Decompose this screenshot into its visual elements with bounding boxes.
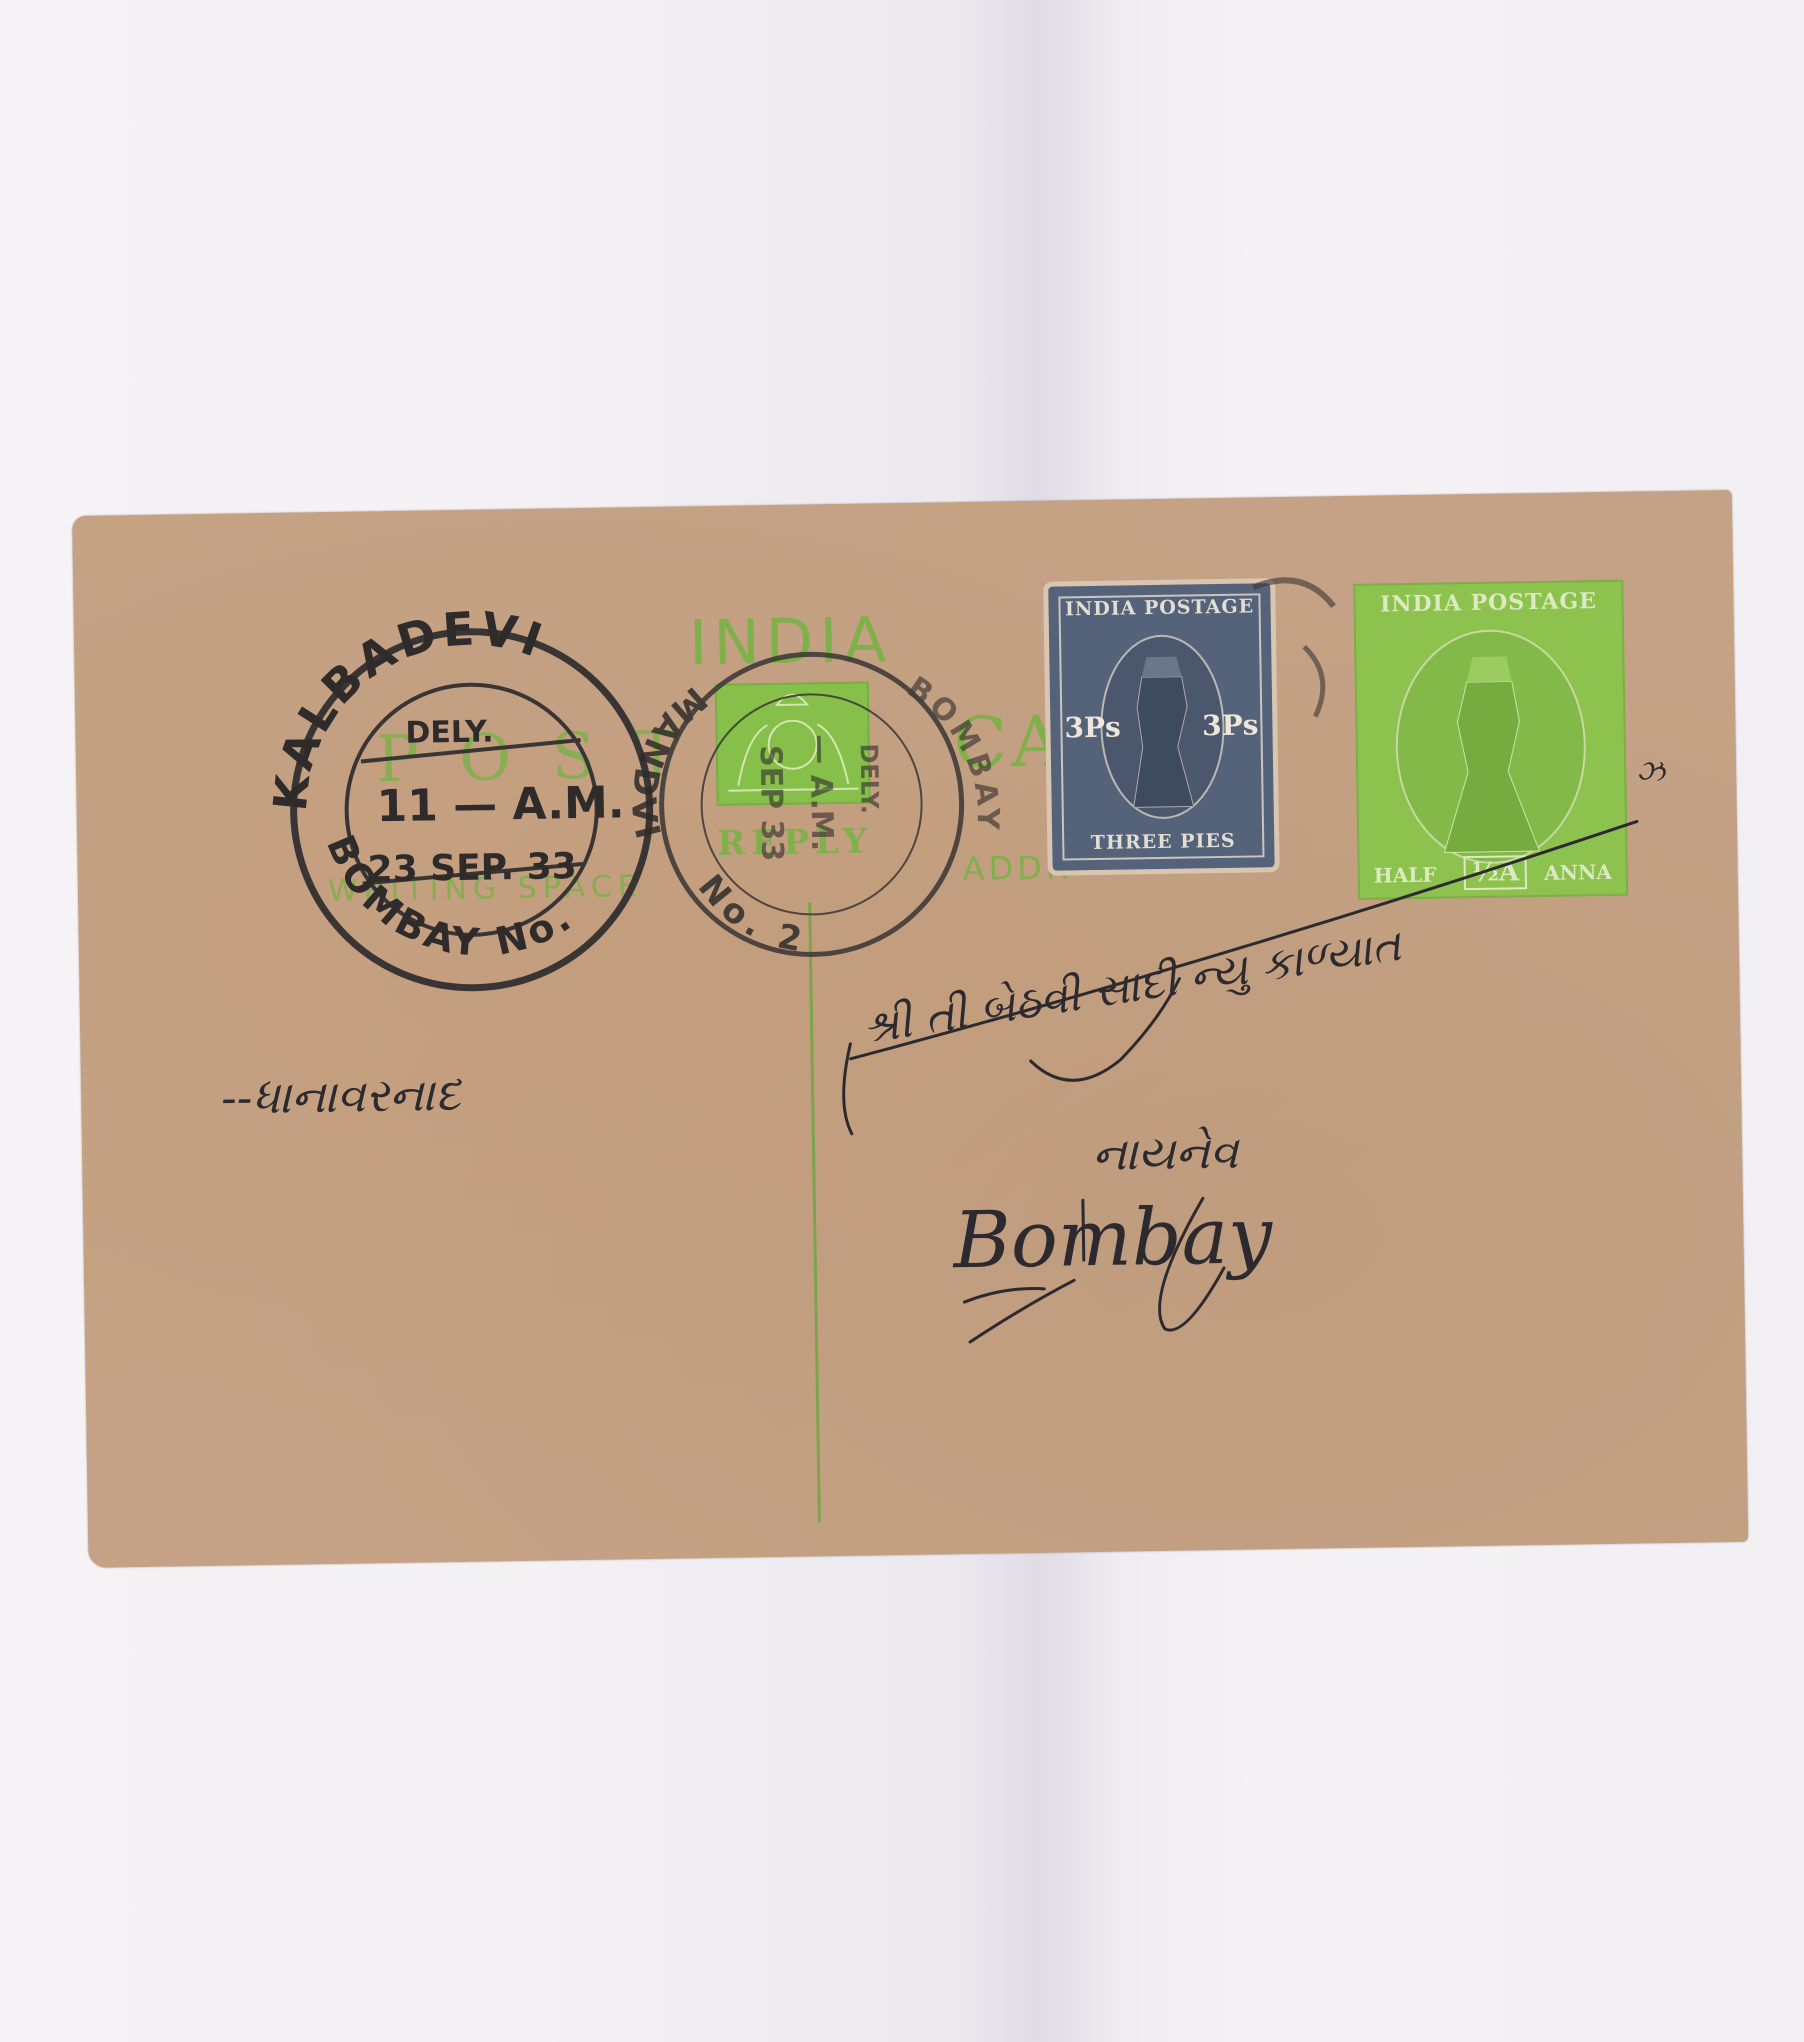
svg-text:ઝ: ઝ: [1636, 754, 1667, 789]
handwriting-layer: --ધાનાવરનાદ શ્રી તી બેઠવી સાદી ન્યુ કાળ્…: [72, 490, 1748, 1568]
postcard: INDIA POST CA REPLY WRITING SPACE ADDR I…: [72, 490, 1748, 1568]
svg-text:શ્રી તી બેઠવી સાદી ન્યુ કાળ્યા: શ્રી તી બેઠવી સાદી ન્યુ કાળ્યાત: [859, 919, 1406, 1054]
svg-text:નાયનેવ: નાયનેવ: [1092, 1125, 1241, 1181]
svg-text:Bombay: Bombay: [951, 1191, 1274, 1286]
svg-text:--ધાનાવરનાદ: --ધાનાવરનાદ: [221, 1067, 463, 1125]
